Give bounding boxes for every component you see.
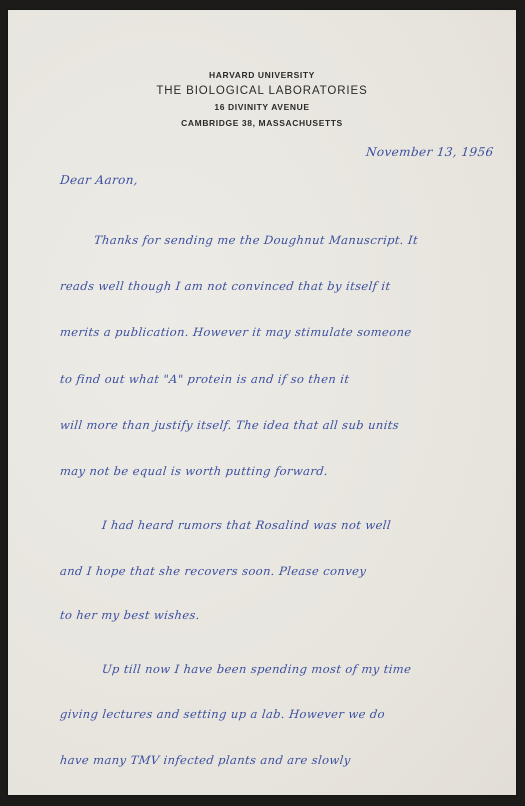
letterhead-street: 16 DIVINITY AVENUE (8, 99, 516, 115)
letter-line: merits a publication. However it may sti… (59, 325, 412, 339)
letter-line: and I hope that she recovers soon. Pleas… (59, 564, 367, 578)
letter-line: giving lectures and setting up a lab. Ho… (59, 707, 385, 721)
letter-line: will more than justify itself. The idea … (59, 418, 400, 432)
letterhead-department: THE BIOLOGICAL LABORATORIES (8, 83, 516, 99)
letter-line: to her my best wishes. (59, 608, 200, 622)
letter-line: have many TMV infected plants and are sl… (59, 753, 351, 767)
letter-line: reads well though I am not convinced tha… (59, 279, 391, 293)
letter-line: Up till now I have been spending most of… (101, 662, 412, 676)
letter-line: Thanks for sending me the Doughnut Manus… (93, 233, 419, 247)
letter-page: HARVARD UNIVERSITY THE BIOLOGICAL LABORA… (8, 10, 516, 795)
letterhead: HARVARD UNIVERSITY THE BIOLOGICAL LABORA… (8, 67, 516, 131)
letterhead-institution: HARVARD UNIVERSITY (8, 67, 516, 83)
letterhead-city: CAMBRIDGE 38, MASSACHUSETTS (8, 115, 516, 131)
letter-date: November 13, 1956 (365, 145, 494, 159)
letter-salutation: Dear Aaron, (59, 173, 139, 187)
letter-line: I had heard rumors that Rosalind was not… (101, 518, 391, 532)
letter-line: may not be equal is worth putting forwar… (59, 464, 329, 478)
letter-line: to find out what "A" protein is and if s… (59, 372, 350, 386)
